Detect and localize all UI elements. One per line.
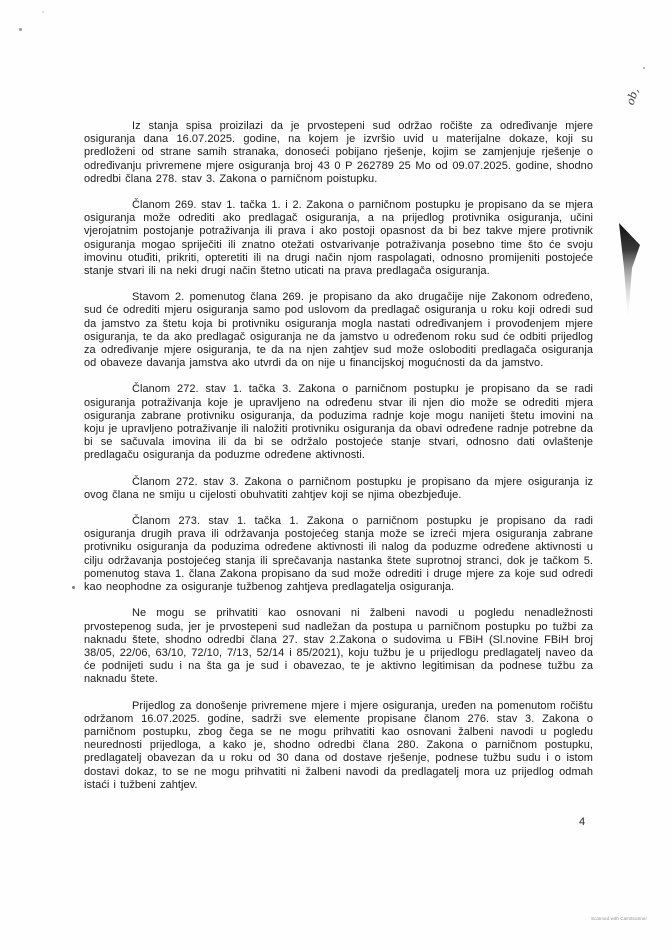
scan-speck	[19, 28, 22, 31]
scan-speck	[42, 11, 44, 13]
paragraph: Iz stanja spisa proizilazi da je prvoste…	[84, 120, 593, 186]
handwritten-annotation: ob,	[624, 86, 642, 106]
paragraph: Članom 272. stav 3. Zakona o parničnom p…	[84, 476, 593, 502]
paragraph: Članom 273. stav 1. tačka 1. Zakona o pa…	[84, 515, 593, 594]
paragraph: Prijedlog za donošenje privremene mjere …	[84, 700, 593, 792]
scanner-watermark: Scanned with CamScanner	[591, 916, 647, 921]
page-number: 4	[579, 816, 585, 828]
scan-speck	[72, 586, 75, 589]
body-text: Iz stanja spisa proizilazi da je prvoste…	[84, 120, 593, 805]
paragraph: Stavom 2. pomenutog člana 269. je propis…	[84, 291, 593, 370]
document-page: ob, Iz stanja spisa proizilazi da je prv…	[0, 0, 672, 950]
ink-smudge-artifact	[606, 220, 650, 324]
paragraph: Članom 269. stav 1. tačka 1. i 2. Zakona…	[84, 199, 593, 278]
paragraph: Ne mogu se prihvatiti kao osnovani ni ža…	[84, 607, 593, 686]
paragraph: Članom 272. stav 1. tačka 3. Zakona o pa…	[84, 383, 593, 462]
scan-speck	[643, 67, 645, 69]
